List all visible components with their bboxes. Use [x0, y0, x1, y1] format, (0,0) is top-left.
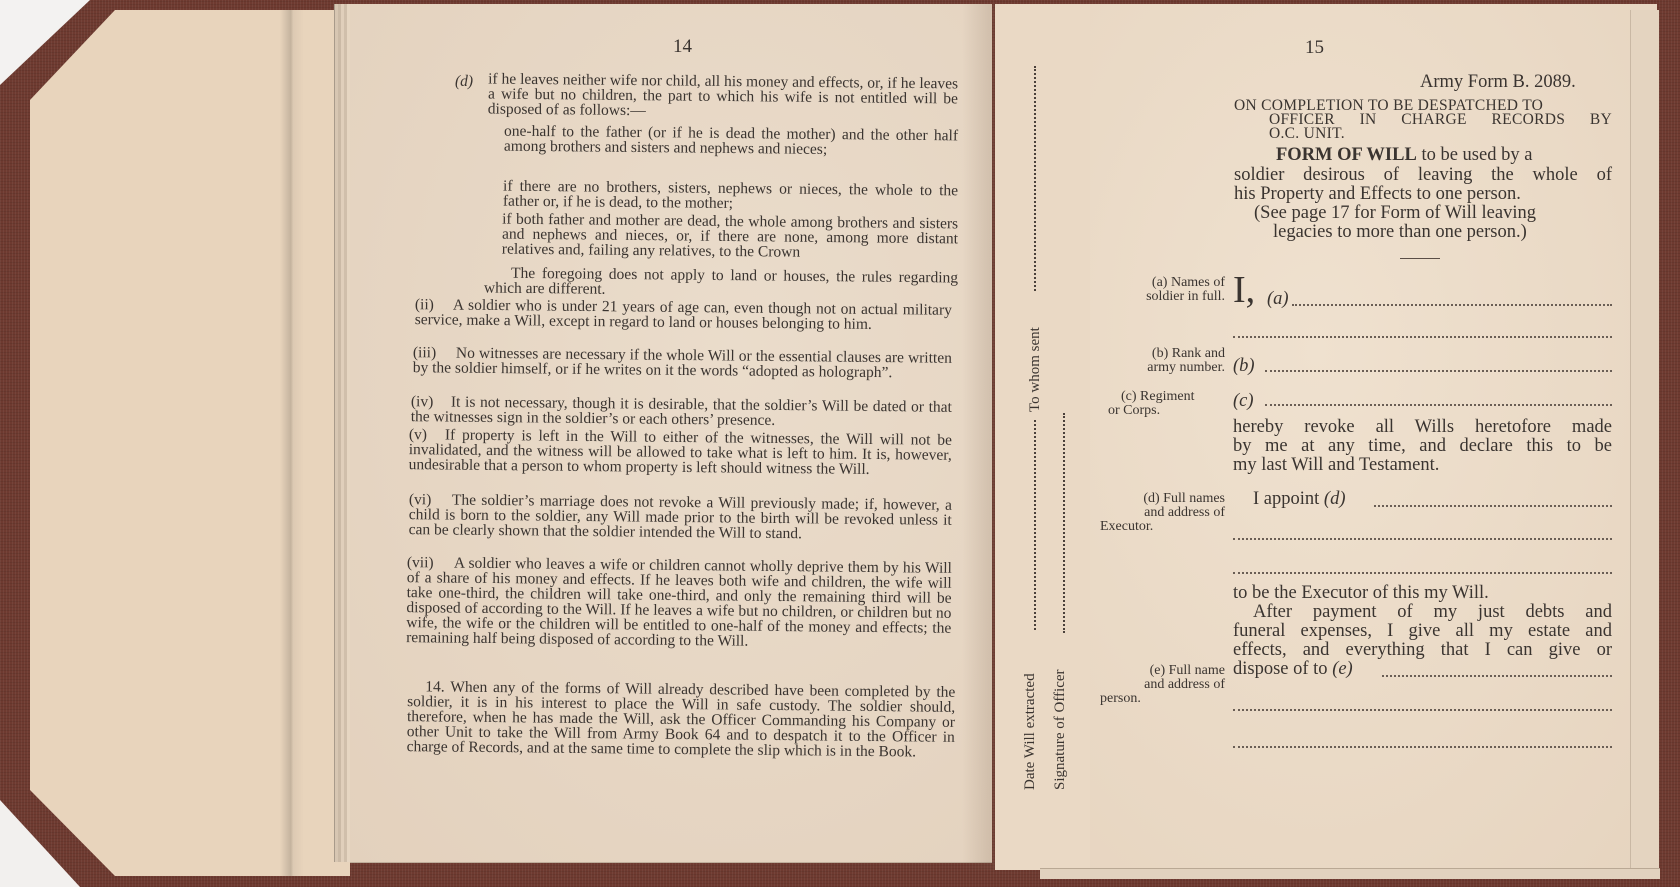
margin-line: army number. — [1100, 361, 1225, 375]
revoke-line-3: my last Will and Testament. — [1233, 456, 1439, 476]
bequest-line-3: effects, and everything that I can give … — [1233, 641, 1612, 661]
form-desc-3: his Property and Effects to one person. — [1234, 185, 1521, 205]
flap-fold-crease — [280, 10, 304, 876]
field-a-lead: I, — [1233, 271, 1255, 309]
field-e-beneficiary-input-line2[interactable] — [1233, 709, 1612, 711]
to-whom-sent-line[interactable] — [1034, 66, 1036, 291]
form-desc-2: soldier desirous of leaving the whole of — [1234, 166, 1612, 186]
field-e-beneficiary-input[interactable] — [1382, 675, 1612, 677]
field-c-margin-label: (c) Regiment or Corps. — [1100, 390, 1233, 418]
field-d-marker: (d) — [1324, 489, 1346, 509]
field-d-margin-label: (d) Full names and address of Executor. — [1100, 492, 1225, 534]
clause-text: The soldier’s marriage does not revoke a… — [409, 492, 952, 543]
despatch-instruction-3: O.C. UNIT. — [1269, 127, 1345, 141]
clause-d-sub-3: if both father and mother are dead, the … — [502, 212, 958, 262]
date-will-extracted-line[interactable] — [1034, 420, 1036, 630]
clause-d-sub-1: one-half to the father (or if he is dead… — [504, 124, 958, 159]
field-e-marker: (e) — [1332, 659, 1353, 679]
form-number: Army Form B. 2089. — [1420, 73, 1576, 93]
form-title: FORM OF WILL — [1276, 145, 1417, 165]
field-d-executor-input-line2[interactable] — [1233, 538, 1612, 540]
margin-line: and address of — [1100, 678, 1225, 692]
revoke-line-1: hereby revoke all Wills heretofore made — [1233, 418, 1612, 438]
date-will-extracted-label: Date Will extracted — [1022, 673, 1039, 790]
clause-text: It is not necessary, though it is desira… — [411, 394, 952, 430]
field-a-marker: (a) — [1267, 290, 1289, 310]
clause-text: If property is left in the Will to eithe… — [409, 427, 952, 478]
margin-line: soldier in full. — [1100, 290, 1225, 304]
margin-line: (d) Full names — [1100, 492, 1225, 506]
clause-text: A soldier who is under 21 years of age c… — [415, 297, 952, 333]
form-desc-1: to be used by a — [1417, 145, 1533, 165]
section-divider — [1400, 258, 1440, 259]
clause-d-sub-2: if there are no brothers, sisters, nephe… — [503, 179, 958, 214]
margin-line: (b) Rank and — [1100, 347, 1225, 361]
clause-d-note: The foregoing does not apply to land or … — [484, 266, 958, 301]
see-note-1: (See page 17 for Form of Will leaving — [1254, 204, 1536, 224]
see-note-2: legacies to more than one person.) — [1273, 223, 1527, 243]
signature-of-officer-line[interactable] — [1063, 413, 1065, 633]
revoke-line-2: by me at any time, and declare this to b… — [1233, 437, 1612, 457]
field-a-name-input[interactable] — [1292, 304, 1612, 306]
clause-d-intro: if he leaves neither wife nor child, all… — [488, 72, 958, 122]
clause-text: No witnesses are necessary if the whole … — [413, 345, 952, 381]
page-stack-edge-right — [1630, 10, 1659, 870]
signature-of-officer-label: Signature of Officer — [1052, 669, 1069, 790]
field-e-margin-label: (e) Full name and address of person. — [1100, 664, 1225, 706]
margin-line: and address of — [1100, 506, 1225, 520]
field-a-margin-label: (a) Names of soldier in full. — [1100, 276, 1225, 304]
executor-line: to be the Executor of this my Will. — [1233, 584, 1489, 604]
margin-line: person. — [1100, 692, 1225, 706]
bequest-line-2: funeral expenses, I give all my estate a… — [1233, 622, 1612, 642]
bequest-line-4: dispose of to (e) — [1233, 660, 1353, 680]
margin-line: (e) Full name — [1100, 664, 1225, 678]
field-a-name-input-line2[interactable] — [1233, 336, 1612, 338]
clause-label: (d) — [455, 74, 473, 89]
field-d-executor-input-line3[interactable] — [1233, 572, 1612, 574]
field-e-beneficiary-input-line3[interactable] — [1233, 746, 1612, 748]
margin-line: Executor. — [1100, 520, 1225, 534]
form-title-line: FORM OF WILL to be used by a — [1276, 146, 1532, 166]
counterfoil-stub — [995, 4, 1090, 870]
margin-line: (c) Regiment — [1108, 390, 1233, 404]
dispose-text: dispose of to — [1233, 659, 1328, 679]
field-d-executor-input[interactable] — [1374, 505, 1612, 507]
field-c-regiment-input[interactable] — [1265, 404, 1612, 406]
page-number-right: 15 — [1305, 37, 1324, 59]
field-b-rank-input[interactable] — [1265, 370, 1612, 372]
field-b-margin-label: (b) Rank and army number. — [1100, 347, 1225, 375]
clause-text: A soldier who leaves a wife or children … — [406, 555, 952, 651]
page-number-left: 14 — [673, 36, 692, 58]
paragraph-14: 14. When any of the forms of Will alread… — [407, 679, 956, 760]
field-c-marker: (c) — [1233, 392, 1254, 412]
bequest-line-1: After payment of my just debts and — [1253, 603, 1612, 623]
page-stack-bottom — [1040, 868, 1660, 879]
field-d-lead: I appoint (d) — [1253, 490, 1345, 510]
to-whom-sent-label: To whom sent — [1027, 327, 1044, 412]
margin-line: or Corps. — [1108, 404, 1233, 418]
margin-line: (a) Names of — [1100, 276, 1225, 290]
field-b-marker: (b) — [1233, 357, 1255, 377]
appoint-text: I appoint — [1253, 489, 1319, 509]
